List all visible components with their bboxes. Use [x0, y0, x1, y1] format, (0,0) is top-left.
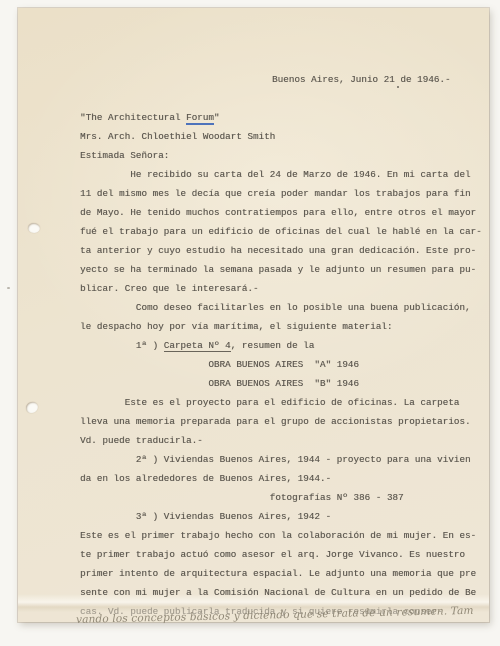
- scanned-letter-screen: Buenos Aires, Junio 21 de 1946.- "The Ar…: [0, 0, 500, 646]
- salutation: Estimada Señora:: [80, 146, 494, 165]
- letter-line: Como deseo facilitarles en lo posible un…: [80, 298, 494, 317]
- item-1-suffix: , resumen de la: [231, 340, 315, 351]
- paper-speck: [7, 287, 10, 289]
- letter-line: fotografías Nº 386 - 387: [80, 488, 494, 507]
- letter-line: sente con mi mujer a la Comisión Naciona…: [80, 583, 494, 602]
- letter-line: 11 del mismo mes le decía que creía pode…: [80, 184, 494, 203]
- letter-line: te primer trabajo actuó como asesor el a…: [80, 545, 494, 564]
- letter-line: lleva una memoria preparada para el grup…: [80, 412, 494, 431]
- letter-line: da en los alrededores de Buenos Aires, 1…: [80, 469, 494, 488]
- letter-line: He recibido su carta del 24 de Marzo de …: [80, 165, 494, 184]
- company-suffix: ": [214, 112, 220, 123]
- item-1-prefix: 1ª ): [80, 340, 164, 351]
- company-name-underlined: Forum: [186, 112, 214, 125]
- letter-line: yecto se ha terminado la semana pasada y…: [80, 260, 494, 279]
- punch-hole-top: [27, 222, 41, 235]
- date-line: Buenos Aires, Junio 21 de 1946.-: [272, 74, 451, 85]
- letter-line: primer intento de arquitectura espacial.…: [80, 564, 494, 583]
- recipient-company-line: "The Architectural Forum": [80, 108, 494, 127]
- letter-line: de Mayo. He tenido muchos contratiempos …: [80, 203, 494, 222]
- paper-speck: [397, 86, 399, 88]
- letter-paper: Buenos Aires, Junio 21 de 1946.- "The Ar…: [18, 8, 489, 622]
- letter-line: Este es el proyecto para el edificio de …: [80, 393, 494, 412]
- letter-line: Vd. puede traducirla.-: [80, 431, 494, 450]
- letter-line: OBRA BUENOS AIRES "A" 1946: [80, 355, 494, 374]
- letter-body: "The Architectural Forum" Mrs. Arch. Chl…: [80, 108, 494, 621]
- carpeta-underlined: Carpeta Nº 4: [164, 340, 231, 352]
- recipient-name: Mrs. Arch. Chloethiel Woodart Smith: [80, 127, 494, 146]
- punch-hole-bottom: [25, 401, 38, 414]
- company-prefix: "The Architectural: [80, 112, 186, 123]
- letter-line: 3ª ) Viviendas Buenos Aires, 1942 -: [80, 507, 494, 526]
- letter-line: ta anterior y cuyo estudio ha necesitado…: [80, 241, 494, 260]
- letter-line: 2ª ) Viviendas Buenos Aires, 1944 - proy…: [80, 450, 494, 469]
- letter-line: OBRA BUENOS AIRES "B" 1946: [80, 374, 494, 393]
- letter-line: fué el trabajo para un edificio de ofici…: [80, 222, 494, 241]
- letter-line: Este es el primer trabajo hecho con la c…: [80, 526, 494, 545]
- letter-line: blicar. Creo que le interesará.-: [80, 279, 494, 298]
- letter-line: le despacho hoy por vía marítima, el sig…: [80, 317, 494, 336]
- list-item-1-line: 1ª ) Carpeta Nº 4, resumen de la: [80, 336, 494, 355]
